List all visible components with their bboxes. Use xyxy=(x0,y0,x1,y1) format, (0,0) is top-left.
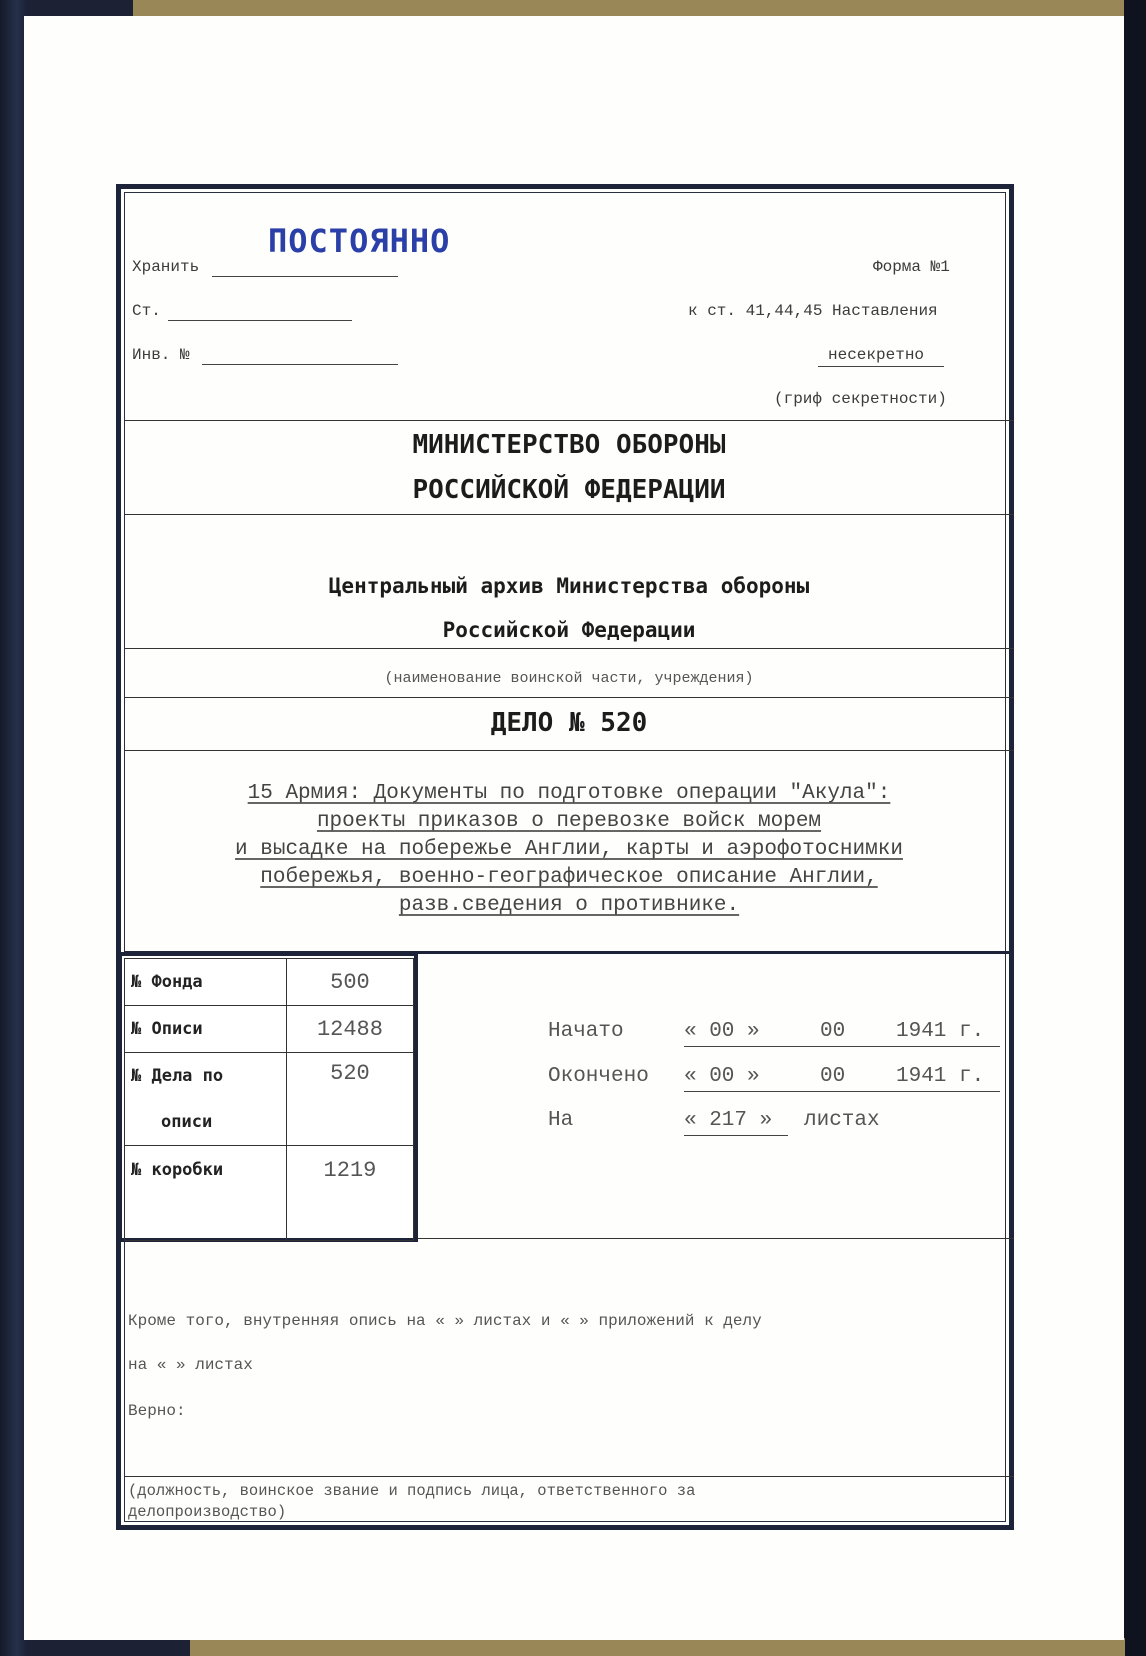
description-line: и высадке на побережье Англии, карты и а… xyxy=(235,838,903,861)
sheets-label: На xyxy=(548,1109,573,1132)
binding-right xyxy=(1124,0,1146,1656)
table-row: № коробки 1219 xyxy=(125,1146,414,1241)
inventory-label: Инв. № xyxy=(132,346,190,364)
article-label: Ст. xyxy=(132,302,161,320)
signature-caption-line-2: делопроизводство) xyxy=(128,1503,286,1521)
started-month: 00 xyxy=(820,1020,845,1043)
started-label: Начато xyxy=(548,1020,624,1043)
archive-line-2: Российской Федерации xyxy=(124,618,1014,642)
fund-label: № Фонда xyxy=(125,959,287,1006)
sheets-count: « 217 » xyxy=(684,1109,772,1132)
regulation-reference: к ст. 41,44,45 Наставления xyxy=(688,302,938,320)
started-underline xyxy=(684,1046,1000,1047)
box-number-value: 1219 xyxy=(286,1146,413,1241)
form-number: Форма №1 xyxy=(873,258,950,276)
folder-edge-bottom xyxy=(190,1638,1125,1656)
sheets-unit: листах xyxy=(804,1109,880,1132)
inventory-list-label: № Описи xyxy=(125,1006,287,1053)
fund-table: № Фонда 500 № Описи 12488 № Дела по 520 … xyxy=(118,952,418,1242)
additional-sheets-note: на « » листах xyxy=(128,1356,253,1374)
divider xyxy=(124,420,1014,421)
description-line: 15 Армия: Документы по подготовке операц… xyxy=(248,782,891,805)
divider xyxy=(124,1476,1014,1477)
archive-caption: (наименование воинской части, учреждения… xyxy=(124,670,1014,687)
signature-caption-line-1: (должность, воинское звание и подпись ли… xyxy=(128,1482,695,1500)
ended-day: « 00 » xyxy=(684,1065,760,1088)
started-year: 1941 г. xyxy=(896,1020,984,1043)
divider xyxy=(124,648,1014,649)
case-number-label-cont: описи xyxy=(125,1099,287,1146)
box-number-label: № коробки xyxy=(125,1146,287,1241)
table-row: № Описи 12488 xyxy=(125,1006,414,1053)
started-day: « 00 » xyxy=(684,1020,760,1043)
classification-caption: (гриф секретности) xyxy=(774,390,947,408)
divider xyxy=(124,750,1014,751)
keep-label: Хранить xyxy=(132,258,199,276)
archive-line-1: Центральный архив Министерства обороны xyxy=(124,574,1014,598)
description-line: разв.сведения о противнике. xyxy=(399,894,739,917)
case-number-value: 520 xyxy=(286,1053,413,1146)
classification-underline xyxy=(818,366,944,367)
sheets-underline xyxy=(684,1135,788,1136)
divider xyxy=(124,514,1014,515)
description-line: побережья, военно-географическое описани… xyxy=(260,866,878,889)
permanent-stamp: ПОСТОЯННО xyxy=(268,222,450,260)
table-row: № Дела по 520 xyxy=(125,1053,414,1100)
description-line: проекты приказов о перевозке войск морем xyxy=(317,810,821,833)
table-row: № Фонда 500 xyxy=(125,959,414,1006)
divider xyxy=(124,697,1014,698)
inventory-list-value: 12488 xyxy=(286,1006,413,1053)
verified-label: Верно: xyxy=(128,1402,186,1420)
ministry-line-1: МИНИСТЕРСТВО ОБОРОНЫ xyxy=(124,430,1014,460)
ministry-line-2: РОССИЙСКОЙ ФЕДЕРАЦИИ xyxy=(124,475,1014,505)
ended-month: 00 xyxy=(820,1065,845,1088)
inventory-underline xyxy=(202,364,398,365)
article-underline xyxy=(168,320,352,321)
ended-year: 1941 г. xyxy=(896,1065,984,1088)
ended-label: Окончено xyxy=(548,1065,649,1088)
fund-value: 500 xyxy=(286,959,413,1006)
case-description: 15 Армия: Документы по подготовке операц… xyxy=(124,780,1014,920)
additional-inventory-note: Кроме того, внутренняя опись на « » лист… xyxy=(128,1312,762,1330)
keep-underline xyxy=(212,276,398,277)
ended-underline xyxy=(684,1091,1000,1092)
divider xyxy=(418,1238,1014,1239)
case-title: ДЕЛО № 520 xyxy=(124,708,1014,738)
classification-value: несекретно xyxy=(828,346,924,364)
case-number-label: № Дела по xyxy=(125,1053,287,1100)
